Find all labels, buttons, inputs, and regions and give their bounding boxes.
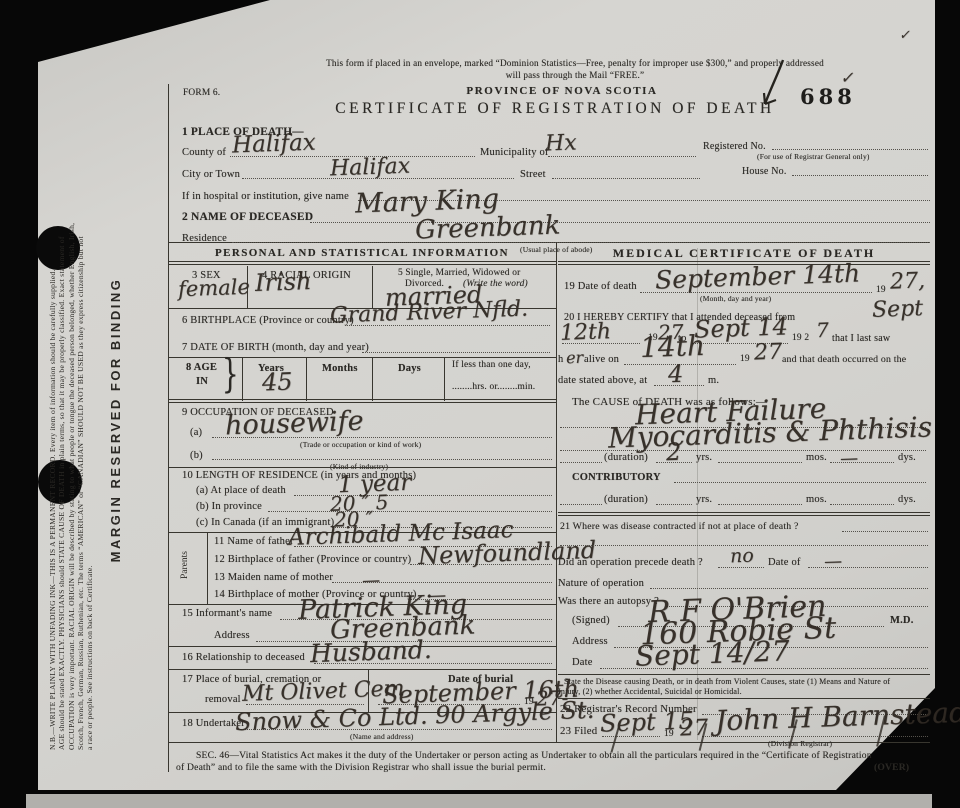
informant-name-label: 15 Informant's name bbox=[182, 608, 272, 619]
undertaker-note: (Name and address) bbox=[350, 732, 414, 741]
dotted-line bbox=[718, 504, 802, 505]
certificate-date-label: Date bbox=[572, 657, 593, 668]
days-label: Days bbox=[398, 363, 421, 374]
cell-divider bbox=[444, 357, 445, 401]
age-label-line2: IN bbox=[196, 376, 208, 387]
nb-line: Scotch, French, German, Russian, Rutheni… bbox=[76, 90, 85, 750]
envelope-note-line1: This form if placed in an envelope, mark… bbox=[326, 58, 824, 68]
registered-no-line bbox=[772, 149, 928, 150]
envelope-note-line2: will pass through the Mail “FREE.” bbox=[506, 70, 644, 80]
city-entry: Halifax bbox=[330, 154, 411, 182]
relationship-label: 16 Relationship to deceased bbox=[182, 652, 305, 663]
nb-line: AGE should be stated EXACTLY. PHYSICIANS… bbox=[57, 90, 66, 750]
nature-of-operation-label: Nature of operation bbox=[558, 578, 644, 589]
county-entry: Halifax bbox=[232, 130, 317, 159]
dotted-line bbox=[718, 567, 764, 568]
dotted-line bbox=[560, 462, 602, 463]
pen-arrow-mark bbox=[757, 56, 789, 112]
mother-maiden-label: 13 Maiden name of mother bbox=[214, 572, 333, 583]
margin-nb-instructions: N.B.—WRITE PLAINLY WITH UNFADING INK—THI… bbox=[48, 90, 96, 750]
filed-label: 23 Filed bbox=[560, 725, 597, 737]
house-no-label: House No. bbox=[742, 166, 787, 177]
dys2-label: dys. bbox=[898, 494, 916, 505]
sec46-line2: of Death” and to file the same with the … bbox=[176, 762, 546, 773]
hrs-min-label: ........hrs. or........min. bbox=[452, 382, 535, 392]
house-no-line bbox=[792, 175, 928, 176]
attended-from-day-entry: 12th bbox=[560, 319, 612, 346]
year3-entry: 27 bbox=[754, 340, 783, 366]
dotted-line bbox=[650, 588, 928, 589]
street-label: Street bbox=[520, 169, 546, 180]
parents-side-label: Parents bbox=[180, 537, 192, 593]
column-divider bbox=[556, 242, 557, 742]
rule bbox=[168, 669, 556, 670]
her-entry: er bbox=[566, 348, 584, 368]
operation-entry: no bbox=[730, 545, 754, 568]
over-label: (OVER) bbox=[874, 762, 909, 773]
municipality-line bbox=[548, 156, 696, 157]
scanned-death-certificate: N.B.—WRITE PLAINLY WITH UNFADING INK—THI… bbox=[0, 0, 960, 808]
operation-label: Did an operation precede death ? bbox=[558, 557, 703, 568]
rule bbox=[558, 512, 930, 513]
date-of-birth-label: 7 DATE OF BIRTH (month, day and year) bbox=[182, 342, 369, 353]
last-saw-label: that I last saw bbox=[832, 333, 890, 344]
age-label-line1: 8 AGE bbox=[186, 362, 217, 373]
parents-divider bbox=[207, 532, 208, 604]
filed-year-printed: 19 bbox=[664, 729, 674, 739]
mos2-label: mos. bbox=[806, 494, 827, 505]
dotted-line bbox=[830, 504, 894, 505]
occupation-a-note: (Trade or occupation or kind of work) bbox=[300, 440, 421, 449]
county-label: County of bbox=[182, 147, 226, 158]
hospital-label: If in hospital or institution, give name bbox=[182, 191, 349, 202]
m-label: m. bbox=[708, 375, 719, 386]
rule bbox=[558, 515, 930, 516]
signed-label: (Signed) bbox=[572, 615, 610, 626]
province-heading: PROVINCE OF NOVA SCOTIA bbox=[466, 85, 657, 97]
attended-from-month-entry: Sept bbox=[872, 296, 924, 323]
cell-divider bbox=[372, 357, 373, 401]
underlying-sheet-edge bbox=[26, 794, 932, 808]
nb-line: N.B.—WRITE PLAINLY WITH UNFADING INK—THI… bbox=[48, 90, 57, 750]
rule bbox=[168, 402, 556, 403]
year2-printed: 19 2 bbox=[792, 333, 809, 343]
street-line bbox=[552, 178, 700, 179]
residence-label: Residence bbox=[182, 233, 227, 244]
marital-label-line1: 5 Single, Married, Widowed or bbox=[398, 268, 520, 278]
registration-number-stamp: 688 bbox=[800, 84, 856, 109]
certificate-date-entry: Sept 14/27 bbox=[634, 634, 790, 672]
dotted-line bbox=[830, 462, 894, 463]
residence-a-label: (a) At place of death bbox=[196, 485, 286, 496]
municipality-label: Municipality of bbox=[480, 147, 549, 158]
contributory-label: CONTRIBUTORY bbox=[572, 472, 661, 483]
birthplace-label: 6 BIRTHPLACE (Province or country) bbox=[182, 315, 354, 326]
rule bbox=[168, 399, 556, 400]
alive-on-label: alive on bbox=[584, 354, 619, 365]
footnote-line1: State the Disease causing Death, or in d… bbox=[564, 677, 890, 686]
time-of-death-entry: 4 bbox=[668, 360, 684, 389]
dotted-line bbox=[674, 482, 926, 483]
residence-b-label: (b) In province bbox=[196, 501, 262, 512]
q21-label: 21 Where was disease contracted if not a… bbox=[560, 521, 799, 532]
rule bbox=[168, 261, 556, 262]
certificate-title: CERTIFICATE OF REGISTRATION OF DEATH bbox=[335, 100, 774, 118]
dotted-line bbox=[656, 504, 692, 505]
duration-years-entry: 2 bbox=[666, 438, 682, 467]
rule bbox=[168, 467, 556, 468]
dotted-line bbox=[842, 531, 928, 532]
duration2-label: (duration) bbox=[604, 494, 648, 505]
year3-printed: 19 bbox=[740, 354, 750, 364]
residence-note: (Usual place of abode) bbox=[520, 245, 593, 254]
father-name-label: 11 Name of father bbox=[214, 536, 294, 547]
registered-no-label: Registered No. bbox=[703, 141, 766, 152]
less-than-day-label: If less than one day, bbox=[452, 360, 531, 370]
occupation-b-line bbox=[212, 459, 552, 460]
check-mark: ✓ bbox=[840, 68, 854, 87]
months-label: Months bbox=[322, 363, 358, 374]
cell-divider bbox=[306, 357, 307, 401]
dotted-line bbox=[560, 504, 602, 505]
footnote-line2: Injury, (2) whether Accidental, Suicidal… bbox=[558, 687, 742, 696]
yrs2-label: yrs. bbox=[696, 494, 712, 505]
cell-divider bbox=[242, 357, 243, 401]
registered-no-note: (For use of Registrar General only) bbox=[757, 152, 870, 161]
residence-b-line bbox=[268, 511, 552, 512]
father-birthplace-label: 12 Birthplace of father (Province or cou… bbox=[214, 554, 411, 565]
sex-entry: female bbox=[178, 275, 251, 301]
name-of-deceased-label: 2 NAME OF DECEASED bbox=[182, 211, 313, 223]
dotted-line bbox=[562, 343, 640, 344]
yrs-label: yrs. bbox=[696, 452, 712, 463]
dotted-line bbox=[718, 462, 802, 463]
date-of-death-label: 19 Date of death bbox=[564, 281, 637, 292]
operation-date-entry: — bbox=[824, 551, 843, 573]
occupation-b-label: (b) bbox=[190, 450, 203, 461]
physician-address-label: Address bbox=[572, 636, 608, 647]
occupation-entry: housewife bbox=[225, 406, 365, 442]
md-label: M.D. bbox=[890, 615, 914, 626]
date-stated-at-label: date stated above, at bbox=[558, 375, 647, 386]
informant-address-label: Address bbox=[214, 630, 250, 641]
municipality-entry: Hx bbox=[545, 130, 577, 156]
sec46-line1: SEC. 46—Vital Statistics Act makes it th… bbox=[196, 750, 872, 761]
age-brace: } bbox=[222, 353, 239, 398]
date-of-birth-line bbox=[362, 352, 550, 353]
year2-entry: 7 bbox=[816, 318, 830, 342]
nb-line: OCCUPATION is very important. RACIAL ORI… bbox=[67, 90, 76, 750]
residence-entry: Greenbank bbox=[415, 210, 561, 245]
alive-on-entry: 14th bbox=[639, 329, 705, 364]
racial-origin-entry: Irish bbox=[255, 267, 312, 297]
h-prefix-label: h bbox=[558, 354, 563, 365]
dod-year-printed: 19 bbox=[876, 285, 886, 295]
name-line bbox=[310, 222, 930, 223]
operation-date-label: Date of bbox=[768, 557, 801, 568]
dod-year-entry: 27, bbox=[890, 268, 926, 294]
relationship-entry: Husband. bbox=[310, 635, 433, 668]
duration-label: (duration) bbox=[604, 452, 648, 463]
age-years-entry: 45 bbox=[262, 367, 294, 396]
burial-place-label-line2: removal bbox=[205, 694, 241, 705]
duration-months-entry: — bbox=[840, 448, 859, 470]
mos-label: mos. bbox=[806, 452, 827, 463]
check-mark-small: ✓ bbox=[899, 28, 910, 43]
margin-binding-label: MARGIN RESERVED FOR BINDING bbox=[108, 252, 124, 588]
autopsy-label: Was there an autopsy ? bbox=[558, 596, 659, 607]
personal-section-header: PERSONAL AND STATISTICAL INFORMATION bbox=[215, 247, 509, 259]
residence-line bbox=[232, 242, 930, 243]
form-number: FORM 6. bbox=[183, 88, 220, 98]
rule bbox=[168, 264, 556, 265]
occupation-a-label: (a) bbox=[190, 427, 202, 438]
death-occurred-label: and that death occurred on the bbox=[782, 354, 906, 365]
dod-note: (Month, day and year) bbox=[700, 294, 771, 303]
rule bbox=[558, 674, 930, 675]
dys-label: dys. bbox=[898, 452, 916, 463]
nb-line: a race or people. See instructions on ba… bbox=[85, 90, 94, 750]
division-registrar-note: (Division Registrar) bbox=[768, 739, 832, 748]
city-label: City or Town bbox=[182, 169, 240, 180]
